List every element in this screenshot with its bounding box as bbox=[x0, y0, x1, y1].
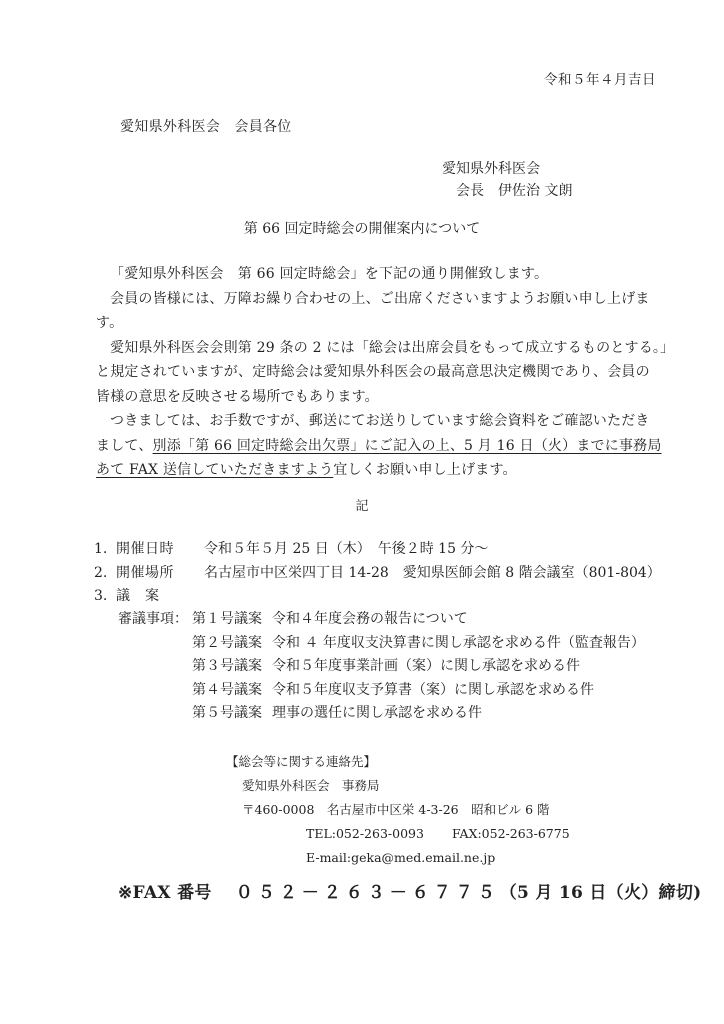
contact-email: E-mail:geka@med.email.ne.jp bbox=[226, 846, 570, 870]
item-number: 1. bbox=[94, 538, 116, 562]
bill-number: 第５号議案 bbox=[192, 702, 272, 726]
fax-deadline: （5 月 16 日（火）締切) bbox=[500, 883, 702, 903]
body-paragraph-3-line-3: 皆様の意思を反映させる場所でもあります。 bbox=[96, 385, 696, 410]
sender-name: 会長 伊佐治 文朗 bbox=[456, 180, 572, 200]
body-paragraph-2-line-2: す。 bbox=[96, 311, 696, 336]
agenda-row: 第２号議案 令和 ４ 年度収支決算書に関し承認を求める件（監査報告） bbox=[118, 632, 645, 656]
fax-label: ※FAX 番号 bbox=[118, 883, 212, 903]
body-text-plain: 宜しくお願い申し上げます。 bbox=[333, 462, 516, 478]
agenda-list: 審議事項： 第１号議案 令和４年度会務の報告について 第２号議案 令和 ４ 年度… bbox=[118, 608, 645, 726]
body-paragraph-4-line-3: あて FAX 送信していただきますよう宜しくお願い申し上げます。 bbox=[96, 458, 696, 483]
body-paragraph-3-line-1: 愛知県外科医会会則第 29 条の 2 には「総会は出席会員をもって成立するものと… bbox=[96, 336, 696, 361]
contact-tel: TEL:052-263-0093 bbox=[306, 826, 424, 841]
contact-phone-fax: TEL:052-263-0093FAX:052-263-6775 bbox=[226, 822, 570, 846]
bill-number: 第４号議案 bbox=[192, 679, 272, 703]
body-paragraph-4-line-2: まして、別添「第 66 回定時総会出欠票」にご記入の上、5 月 16 日（火）ま… bbox=[96, 434, 696, 459]
body-paragraph-4-line-1: つきましては、お手数ですが、郵送にてお送りしています総会資料をご確認いただき bbox=[96, 409, 696, 434]
contact-fax: FAX:052-263-6775 bbox=[452, 826, 570, 841]
item-value: 令和５年５月 25 日（木） 午後２時 15 分～ bbox=[204, 538, 488, 562]
document-title: 第 66 回定時総会の開催案内について bbox=[0, 218, 724, 238]
item-number: 2. bbox=[94, 562, 116, 586]
item-datetime: 1. 開催日時 令和５年５月 25 日（木） 午後２時 15 分～ bbox=[94, 538, 661, 562]
item-venue: 2. 開催場所 名古屋市中区栄四丁目 14-28 愛知県医師会館 8 階会議室（… bbox=[94, 562, 661, 586]
agenda-row: 第３号議案 令和５年度事業計画（案）に関し承認を求める件 bbox=[118, 655, 645, 679]
issue-date: 令和５年４月吉日 bbox=[544, 68, 656, 88]
body-text: 「愛知県外科医会 第 66 回定時総会」を下記の通り開催致します。 会員の皆様に… bbox=[96, 262, 696, 483]
contact-heading: 【総会等に関する連絡先】 bbox=[226, 750, 570, 774]
body-paragraph-2-line-1: 会員の皆様には、万障お繰り合わせの上、ご出席くださいますようお願い申し上げま bbox=[96, 287, 696, 312]
fax-number: ０５２－２６３－６７７５ bbox=[236, 883, 500, 903]
body-paragraph-3-line-2: と規定されていますが、定時総会は愛知県外科医会の最高意思決定機関であり、会員の bbox=[96, 360, 696, 385]
item-agenda: 3. 議 案 bbox=[94, 585, 661, 609]
bill-title: 令和５年度事業計画（案）に関し承認を求める件 bbox=[272, 655, 580, 679]
contact-address: 〒460-0008 名古屋市中区栄 4-3-26 昭和ビル 6 階 bbox=[226, 798, 570, 822]
ki-heading: 記 bbox=[0, 495, 724, 514]
fax-deadline-notice: ※FAX 番号０５２－２６３－６７７５（5 月 16 日（火）締切) bbox=[118, 878, 702, 903]
contact-block: 【総会等に関する連絡先】 愛知県外科医会 事務局 〒460-0008 名古屋市中… bbox=[226, 750, 570, 870]
item-value: 名古屋市中区栄四丁目 14-28 愛知県医師会館 8 階会議室（801-804） bbox=[204, 562, 661, 586]
bill-number: 第３号議案 bbox=[192, 655, 272, 679]
agenda-row: 第４号議案 令和５年度収支予算書（案）に関し承認を求める件 bbox=[118, 679, 645, 703]
recipient: 愛知県外科医会 会員各位 bbox=[120, 116, 292, 136]
bill-number: 第２号議案 bbox=[192, 632, 272, 656]
meeting-items: 1. 開催日時 令和５年５月 25 日（木） 午後２時 15 分～ 2. 開催場… bbox=[94, 538, 661, 609]
agenda-heading: 審議事項： bbox=[118, 608, 192, 632]
underlined-instruction-cont: あて FAX 送信していただきますよう bbox=[96, 462, 333, 478]
agenda-row: 第５号議案 理事の選任に関し承認を求める件 bbox=[118, 702, 645, 726]
item-label: 開催場所 bbox=[116, 562, 204, 586]
body-text-plain: まして、 bbox=[96, 438, 153, 454]
item-label: 開催日時 bbox=[116, 538, 204, 562]
body-paragraph-1: 「愛知県外科医会 第 66 回定時総会」を下記の通り開催致します。 bbox=[96, 262, 696, 287]
underlined-instruction: 別添「第 66 回定時総会出欠票」にご記入の上、5 月 16 日（火）までに事務… bbox=[153, 438, 662, 454]
bill-title: 令和４年度会務の報告について bbox=[272, 608, 468, 632]
agenda-row: 審議事項： 第１号議案 令和４年度会務の報告について bbox=[118, 608, 645, 632]
sender-organization: 愛知県外科医会 bbox=[442, 158, 540, 178]
bill-title: 令和５年度収支予算書（案）に関し承認を求める件 bbox=[272, 679, 594, 703]
contact-office: 愛知県外科医会 事務局 bbox=[226, 774, 570, 798]
bill-title: 理事の選任に関し承認を求める件 bbox=[272, 702, 482, 726]
bill-number: 第１号議案 bbox=[192, 608, 272, 632]
bill-title: 令和 ４ 年度収支決算書に関し承認を求める件（監査報告） bbox=[272, 632, 645, 656]
item-label: 議 案 bbox=[116, 585, 204, 609]
item-number: 3. bbox=[94, 585, 116, 609]
document-page: 令和５年４月吉日 愛知県外科医会 会員各位 愛知県外科医会 会長 伊佐治 文朗 … bbox=[0, 0, 724, 1024]
